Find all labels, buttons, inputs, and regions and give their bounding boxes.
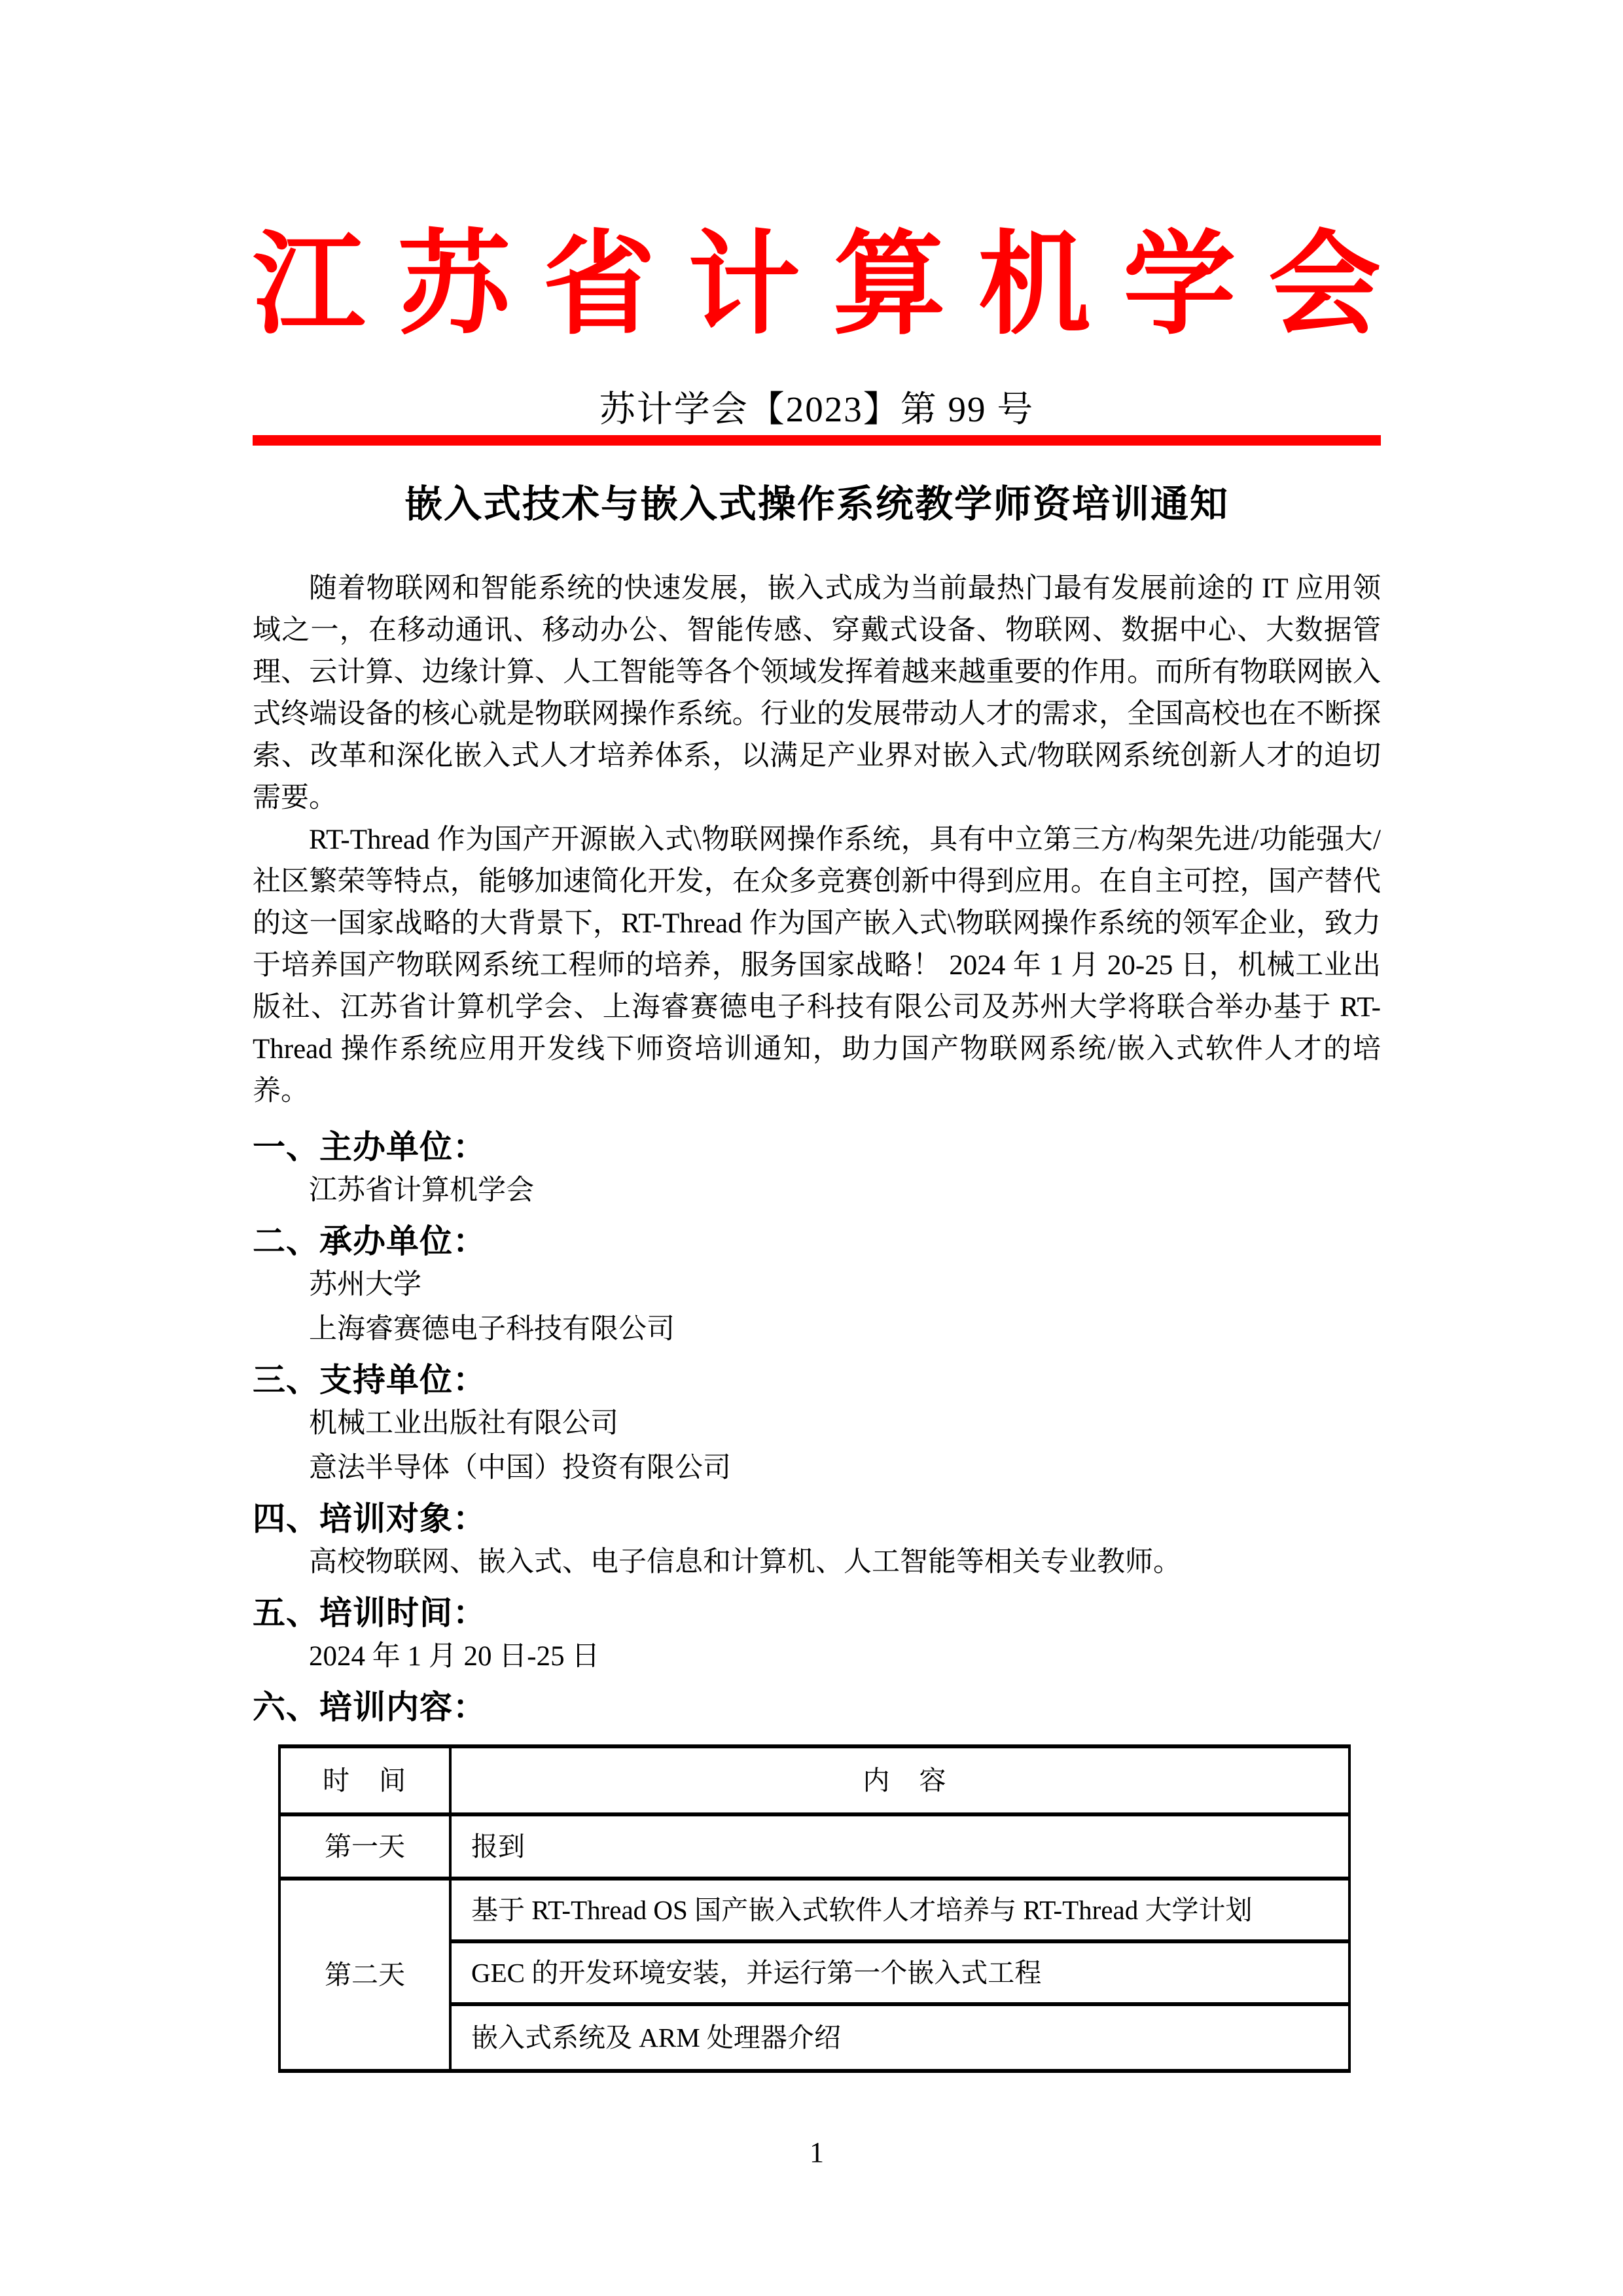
content-cell: 嵌入式系统及 ARM 处理器介绍: [450, 2004, 1349, 2071]
table-header-content: 内 容: [450, 1746, 1349, 1814]
masthead-divider-rule: [253, 435, 1381, 446]
doc-number: 苏计学会【2023】第 99 号: [253, 391, 1381, 427]
section-schedule-time: 五、培训时间： 2024 年 1 月 20 日-25 日: [253, 1593, 1381, 1678]
section-training-content: 六、培训内容：: [253, 1687, 1381, 1727]
masthead-org-name: 江苏省计算机学会: [253, 0, 1381, 345]
day-cell: 第一天: [279, 1814, 450, 1879]
table-header-row: 时 间 内 容: [279, 1746, 1349, 1814]
content-cell: 报到: [450, 1814, 1349, 1879]
notice-paragraph-1: 随着物联网和智能系统的快速发展，嵌入式成为当前最热门最有发展前途的 IT 应用领…: [253, 568, 1381, 819]
page-number: 1: [253, 2138, 1381, 2167]
section-item: 上海睿赛德电子科技有限公司: [253, 1309, 1381, 1351]
table-row-day1: 第一天 报到: [279, 1814, 1349, 1879]
section-supporter: 三、支持单位： 机械工业出版社有限公司 意法半导体（中国）投资有限公司: [253, 1360, 1381, 1489]
schedule-table: 时 间 内 容 第一天 报到 第二天 基于 RT-Thread OS 国产嵌入式…: [278, 1744, 1351, 2073]
section-heading-time: 五、培训时间：: [253, 1593, 1381, 1633]
day-cell: 第二天: [279, 1879, 450, 2071]
section-undertaker: 二、承办单位： 苏州大学 上海睿赛德电子科技有限公司: [253, 1221, 1381, 1351]
section-heading-trainees: 四、培训对象：: [253, 1498, 1381, 1539]
table-header-time: 时 间: [279, 1746, 450, 1814]
section-trainees: 四、培训对象： 高校物联网、嵌入式、电子信息和计算机、人工智能等相关专业教师。: [253, 1498, 1381, 1583]
section-heading-undertaker: 二、承办单位：: [253, 1221, 1381, 1262]
section-organizer: 一、主办单位： 江苏省计算机学会: [253, 1127, 1381, 1212]
section-item: 高校物联网、嵌入式、电子信息和计算机、人工智能等相关专业教师。: [253, 1542, 1381, 1583]
section-heading-organizer: 一、主办单位：: [253, 1127, 1381, 1167]
section-item: 意法半导体（中国）投资有限公司: [253, 1447, 1381, 1489]
notice-title: 嵌入式技术与嵌入式操作系统教学师资培训通知: [253, 484, 1381, 526]
section-item: 江苏省计算机学会: [253, 1170, 1381, 1212]
content-cell: GEC 的开发环境安装，并运行第一个嵌入式工程: [450, 1941, 1349, 2004]
section-heading-content: 六、培训内容：: [253, 1687, 1381, 1727]
table-row-day2: 第二天 基于 RT-Thread OS 国产嵌入式软件人才培养与 RT-Thre…: [279, 1879, 1349, 1941]
section-item: 2024 年 1 月 20 日-25 日: [253, 1636, 1381, 1678]
section-item: 苏州大学: [253, 1264, 1381, 1306]
document-page: 江苏省计算机学会 苏计学会【2023】第 99 号 嵌入式技术与嵌入式操作系统教…: [0, 0, 1623, 2296]
section-heading-supporter: 三、支持单位：: [253, 1360, 1381, 1400]
notice-sections: 一、主办单位： 江苏省计算机学会 二、承办单位： 苏州大学 上海睿赛德电子科技有…: [253, 1127, 1381, 1727]
section-item: 机械工业出版社有限公司: [253, 1403, 1381, 1445]
notice-paragraph-2: RT-Thread 作为国产开源嵌入式\物联网操作系统，具有中立第三方/构架先进…: [253, 819, 1381, 1112]
content-cell: 基于 RT-Thread OS 国产嵌入式软件人才培养与 RT-Thread 大…: [450, 1879, 1349, 1941]
